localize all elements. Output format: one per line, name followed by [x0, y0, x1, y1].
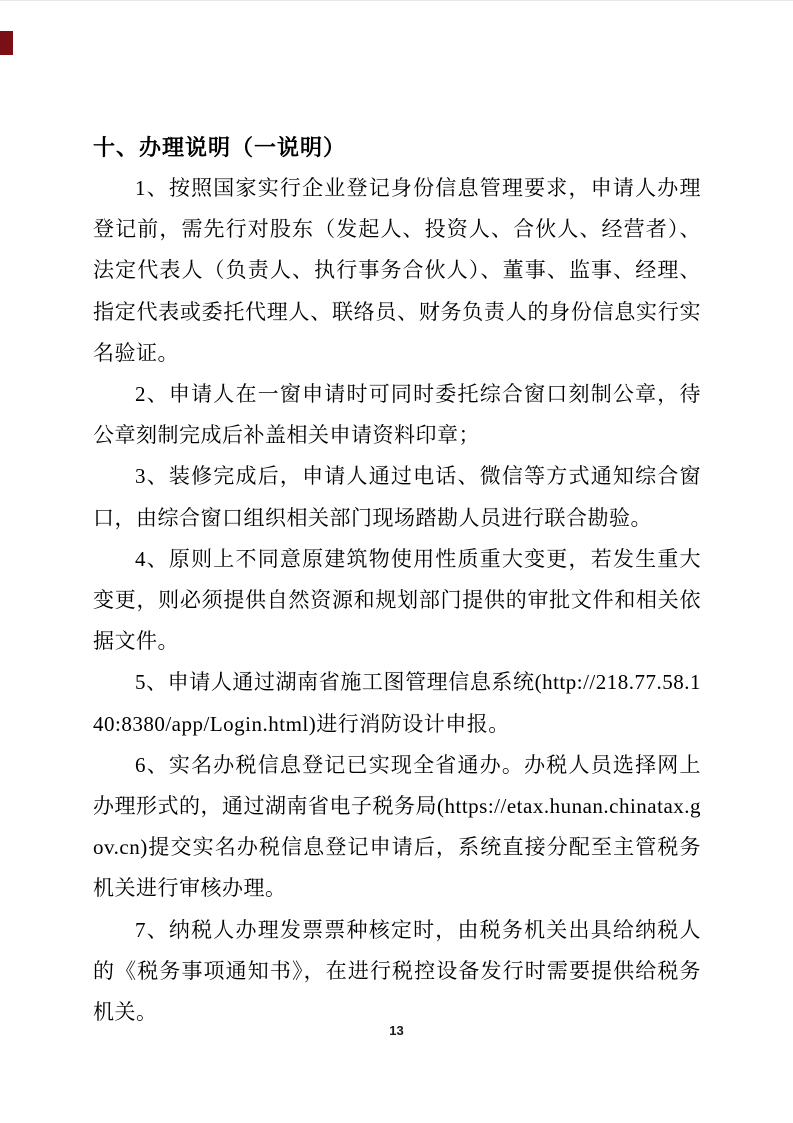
paragraph-7: 7、纳税人办理发票票种核定时，由税务机关出具给纳税人的《税务事项通知书》，在进行… — [93, 910, 701, 1034]
paragraph-6-etax-url: 6、实名办税信息登记已实现全省通办。办税人员选择网上办理形式的，通过湖南省电子税… — [93, 745, 701, 910]
page-number: 13 — [0, 1023, 793, 1038]
paragraph-1: 1、按照国家实行企业登记身份信息管理要求，申请人办理登记前，需先行对股东（发起人… — [93, 168, 701, 374]
corner-mark — [0, 31, 13, 55]
paragraph-2: 2、申请人在一窗申请时可同时委托综合窗口刻制公章，待公章刻制完成后补盖相关申请资… — [93, 374, 701, 456]
paragraph-3: 3、装修完成后，申请人通过电话、微信等方式通知综合窗口，由综合窗口组织相关部门现… — [93, 456, 701, 538]
section-heading: 十、办理说明（一说明） — [93, 127, 701, 168]
paragraph-5-fire-design-url: 5、申请人通过湖南省施工图管理信息系统(http://218.77.58.140… — [93, 662, 701, 744]
paragraph-4: 4、原则上不同意原建筑物使用性质重大变更，若发生重大变更，则必须提供自然资源和规… — [93, 539, 701, 663]
document-page: 十、办理说明（一说明） 1、按照国家实行企业登记身份信息管理要求，申请人办理登记… — [0, 0, 793, 1123]
document-content: 十、办理说明（一说明） 1、按照国家实行企业登记身份信息管理要求，申请人办理登记… — [93, 127, 701, 1033]
